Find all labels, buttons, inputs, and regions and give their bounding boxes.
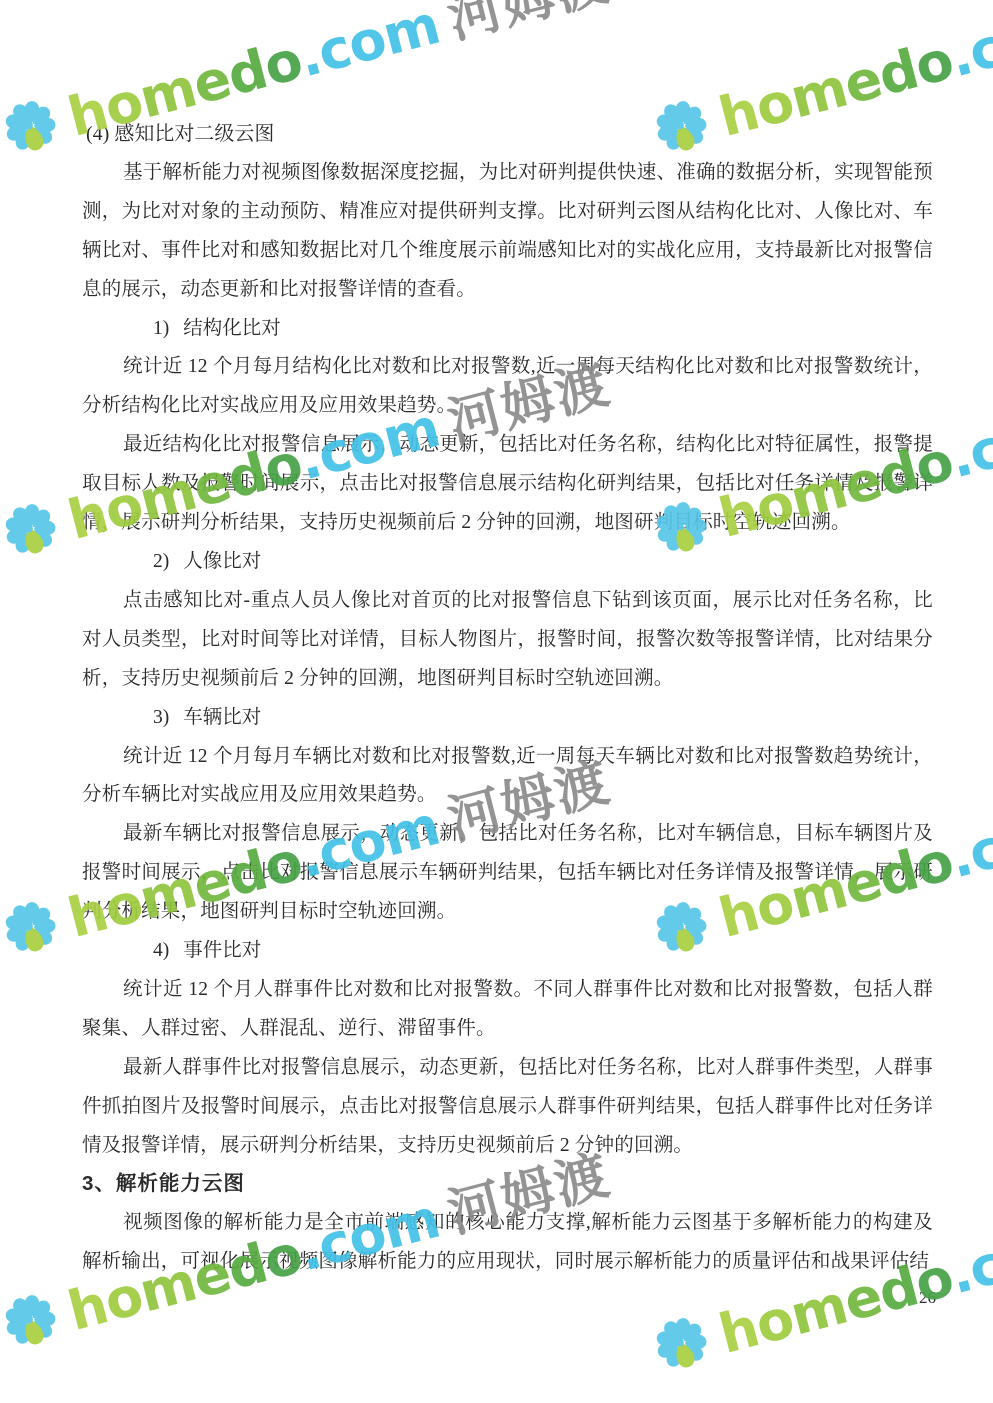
paragraph: 最新人群事件比对报警信息展示，动态更新，包括比对任务名称，比对人群事件类型，人群…	[82, 1049, 933, 1166]
item-number: 2)	[153, 543, 169, 582]
homedo-flower-icon	[0, 84, 74, 173]
item-title: 车辆比对	[183, 707, 261, 728]
item-heading-face-compare: 2)人像比对	[82, 543, 933, 582]
item-title: 人像比对	[183, 551, 261, 572]
flower-petals	[649, 1311, 712, 1373]
paragraph: 统计近 12 个月每月车辆比对数和比对报警数,近一周每天车辆比对数和比对报警数趋…	[82, 738, 933, 816]
paragraph: 点击感知比对-重点人员人像比对首页的比对报警信息下钻到该页面，展示比对任务名称，…	[82, 582, 933, 699]
flower-petals	[0, 497, 62, 559]
flower-center-drop	[23, 1311, 34, 1324]
document-content: (4) 感知比对二级云图 基于解析能力对视频图像数据深度挖掘，为比对研判提供快速…	[82, 0, 933, 1282]
page-number: 26	[919, 1288, 936, 1308]
flower-drop	[22, 123, 45, 153]
paragraph: 统计近 12 个月每月结构化比对数和比对报警数,近一周每天结构化比对数和比对报警…	[82, 348, 933, 426]
item-number: 1)	[153, 310, 169, 349]
flower-center-drop	[23, 918, 34, 931]
item-number: 4)	[153, 932, 169, 971]
section-3-paragraph: 视频图像的解析能力是全市前端感知的核心能力支撑,解析能力云图基于多解析能力的构建…	[82, 1204, 933, 1282]
item-heading-vehicle-compare: 3)车辆比对	[82, 699, 933, 738]
homedo-flower-icon	[0, 1278, 74, 1367]
paragraph: 统计近 12 个月人群事件比对数和比对报警数。不同人群事件比对数和比对报警数，包…	[82, 971, 933, 1049]
flower-center-drop	[23, 520, 34, 533]
watermark-domain-text: .com	[945, 799, 993, 887]
flower-center-drop	[23, 117, 34, 130]
homedo-flower-icon	[639, 1301, 725, 1390]
flower-drop	[673, 1340, 696, 1370]
intro-paragraph: 基于解析能力对视频图像数据深度挖掘，为比对研判提供快速、准确的数据分析，实现智能…	[82, 154, 933, 310]
item-heading-structured-compare: 1)结构化比对	[82, 310, 933, 349]
watermark-domain-text: .com	[945, 1215, 993, 1303]
flower-petals	[0, 94, 62, 156]
flower-petals	[0, 1288, 62, 1350]
item-title: 结构化比对	[183, 318, 281, 339]
flower-drop	[22, 526, 45, 556]
subheading-perception-compare: (4) 感知比对二级云图	[82, 115, 933, 154]
homedo-flower-icon	[0, 487, 74, 576]
section-3-title: 3、解析能力云图	[82, 1165, 933, 1204]
item-number: 3)	[153, 699, 169, 738]
item-heading-event-compare: 4)事件比对	[82, 932, 933, 971]
paragraph: 最新车辆比对报警信息展示，动态更新，包括比对任务名称，比对车辆信息，目标车辆图片…	[82, 815, 933, 932]
flower-center-drop	[674, 1334, 685, 1347]
watermark-domain-text: .com	[945, 0, 993, 85]
item-title: 事件比对	[183, 940, 261, 961]
flower-petals	[0, 895, 62, 957]
homedo-flower-icon	[0, 885, 74, 974]
flower-drop	[22, 1317, 45, 1347]
document-page: (4) 感知比对二级云图 基于解析能力对视频图像数据深度挖掘，为比对研判提供快速…	[0, 0, 993, 1403]
flower-drop	[22, 924, 45, 954]
watermark-domain-text: .com	[945, 399, 993, 487]
paragraph: 最近结构化比对报警信息展示，动态更新，包括比对任务名称，结构化比对特征属性，报警…	[82, 426, 933, 543]
